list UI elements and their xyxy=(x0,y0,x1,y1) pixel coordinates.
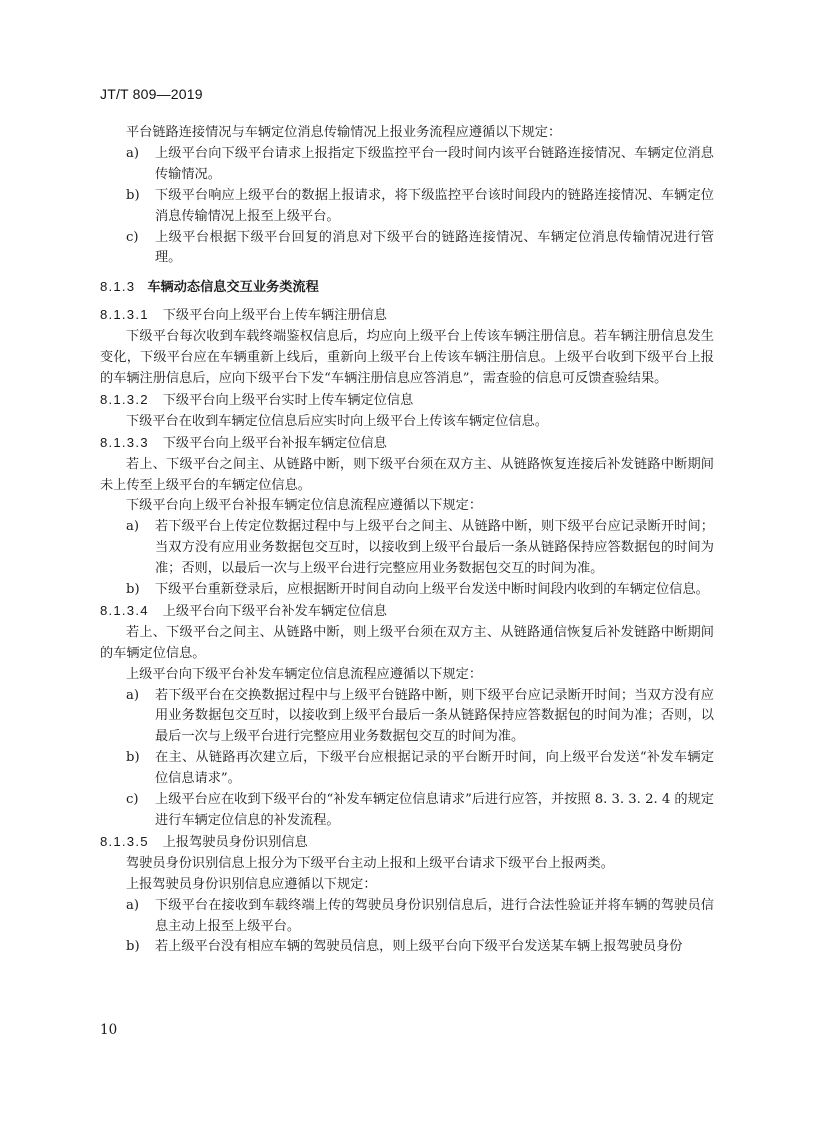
list-item: b)若上级平台没有相应车辆的驾驶员信息，则上级平台向下级平台发送某车辆上报驾驶员… xyxy=(100,937,714,958)
list-text: 上级平台应在收到下级平台的“补发车辆定位信息请求”后进行应答，并按照 8. 3.… xyxy=(155,792,714,828)
body-paragraph: 驾驶员身份识别信息上报分为下级平台主动上报和上级平台请求下级平台上报两类。 xyxy=(100,854,714,875)
list-label: c) xyxy=(126,228,139,249)
list-text: 上级平台向下级平台请求上报指定下级监控平台一段时间内该平台链路连接情况、车辆定位… xyxy=(155,146,714,182)
subsection-heading-8-1-3-5: 8.1.3.5上报驾驶员身份识别信息 xyxy=(100,832,714,854)
list-label: a) xyxy=(126,517,139,538)
subsection-title: 上报驾驶员身份识别信息 xyxy=(163,835,308,850)
list-item: b)在主、从链路再次建立后，下级平台应根据记录的平台断开时间，向上级平台发送“补… xyxy=(100,748,714,790)
section-number: 8.1.3 xyxy=(100,279,135,294)
list-text: 下级平台重新登录后，应根据断开时间自动向上级平台发送中断时间段内收到的车辆定位信… xyxy=(155,582,709,597)
list-label: b) xyxy=(126,580,140,601)
list-text: 若下级平台上传定位数据过程中与上级平台之间主、从链路中断，则下级平台应记录断开时… xyxy=(155,519,714,576)
list-text: 若上级平台没有相应车辆的驾驶员信息，则上级平台向下级平台发送某车辆上报驾驶员身份 xyxy=(155,939,683,954)
subsection-title: 下级平台向上级平台实时上传车辆定位信息 xyxy=(163,393,414,408)
subsection-number: 8.1.3.2 xyxy=(100,392,149,407)
list-text: 下级平台在接收到车载终端上传的驾驶员身份识别信息后，进行合法性验证并将车辆的驾驶… xyxy=(155,898,714,934)
list-label: b) xyxy=(126,937,140,958)
subsection-number: 8.1.3.3 xyxy=(100,435,149,450)
subsection-number: 8.1.3.4 xyxy=(100,603,149,618)
body-paragraph: 若上、下级平台之间主、从链路中断，则上级平台须在双方主、从链路通信恢复后补发链路… xyxy=(100,623,714,665)
list-text: 下级平台响应上级平台的数据上报请求，将下级监控平台该时间段内的链路连接情况、车辆… xyxy=(155,188,714,224)
subsection-number: 8.1.3.5 xyxy=(100,834,149,849)
list-label: b) xyxy=(126,748,140,769)
list-label: b) xyxy=(126,186,140,207)
list-label: c) xyxy=(126,790,139,811)
section-title: 车辆动态信息交互业务类流程 xyxy=(147,280,318,295)
list-item: c)上级平台应在收到下级平台的“补发车辆定位信息请求”后进行应答，并按照 8. … xyxy=(100,790,714,832)
subsection-title: 下级平台向上级平台上传车辆注册信息 xyxy=(163,308,387,323)
body-paragraph: 下级平台每次收到车载终端鉴权信息后，均应向上级平台上传该车辆注册信息。若车辆注册… xyxy=(100,327,714,390)
subsection-number: 8.1.3.1 xyxy=(100,307,149,322)
list-item: a)下级平台在接收到车载终端上传的驾驶员身份识别信息后，进行合法性验证并将车辆的… xyxy=(100,896,714,938)
subsection-heading-8-1-3-2: 8.1.3.2下级平台向上级平台实时上传车辆定位信息 xyxy=(100,390,714,412)
subsection-heading-8-1-3-1: 8.1.3.1下级平台向上级平台上传车辆注册信息 xyxy=(100,305,714,327)
body-paragraph: 若上、下级平台之间主、从链路中断，则下级平台须在双方主、从链路恢复连接后补发链路… xyxy=(100,455,714,497)
list-text: 上级平台根据下级平台回复的消息对下级平台的链路连接情况、车辆定位消息传输情况进行… xyxy=(155,230,714,266)
body-paragraph: 上级平台向下级平台补发车辆定位信息流程应遵循以下规定： xyxy=(100,665,714,686)
list-item: b)下级平台响应上级平台的数据上报请求，将下级监控平台该时间段内的链路连接情况、… xyxy=(100,186,714,228)
page-number: 10 xyxy=(100,1022,117,1038)
list-label: a) xyxy=(126,686,139,707)
list-item: a)上级平台向下级平台请求上报指定下级监控平台一段时间内该平台链路连接情况、车辆… xyxy=(100,144,714,186)
body-paragraph: 上报驾驶员身份识别信息应遵循以下规定： xyxy=(100,875,714,896)
page-content: 平台链路连接情况与车辆定位消息传输情况上报业务流程应遵循以下规定： a)上级平台… xyxy=(100,123,714,958)
list-text: 在主、从链路再次建立后，下级平台应根据记录的平台断开时间，向上级平台发送“补发车… xyxy=(155,750,714,786)
subsection-title: 下级平台向上级平台补报车辆定位信息 xyxy=(163,436,387,451)
list-item: a)若下级平台上传定位数据过程中与上级平台之间主、从链路中断，则下级平台应记录断… xyxy=(100,517,714,580)
section-heading-8-1-3: 8.1.3车辆动态信息交互业务类流程 xyxy=(100,277,714,299)
list-item: c)上级平台根据下级平台回复的消息对下级平台的链路连接情况、车辆定位消息传输情况… xyxy=(100,228,714,270)
list-text: 若下级平台在交换数据过程中与上级平台链路中断，则下级平台应记录断开时间；当双方没… xyxy=(155,688,714,745)
list-label: a) xyxy=(126,144,139,165)
intro-paragraph: 平台链路连接情况与车辆定位消息传输情况上报业务流程应遵循以下规定： xyxy=(100,123,714,144)
subsection-heading-8-1-3-4: 8.1.3.4上级平台向下级平台补发车辆定位信息 xyxy=(100,601,714,623)
body-paragraph: 下级平台在收到车辆定位信息后应实时向上级平台上传该车辆定位信息。 xyxy=(100,412,714,433)
list-item: a)若下级平台在交换数据过程中与上级平台链路中断，则下级平台应记录断开时间；当双… xyxy=(100,686,714,749)
standard-code-header: JT/T 809—2019 xyxy=(100,86,203,102)
list-item: b)下级平台重新登录后，应根据断开时间自动向上级平台发送中断时间段内收到的车辆定… xyxy=(100,580,714,601)
document-page: JT/T 809—2019 平台链路连接情况与车辆定位消息传输情况上报业务流程应… xyxy=(0,0,815,1144)
body-paragraph: 下级平台向上级平台补报车辆定位信息流程应遵循以下规定： xyxy=(100,496,714,517)
list-label: a) xyxy=(126,896,139,917)
subsection-title: 上级平台向下级平台补发车辆定位信息 xyxy=(163,604,387,619)
subsection-heading-8-1-3-3: 8.1.3.3下级平台向上级平台补报车辆定位信息 xyxy=(100,433,714,455)
